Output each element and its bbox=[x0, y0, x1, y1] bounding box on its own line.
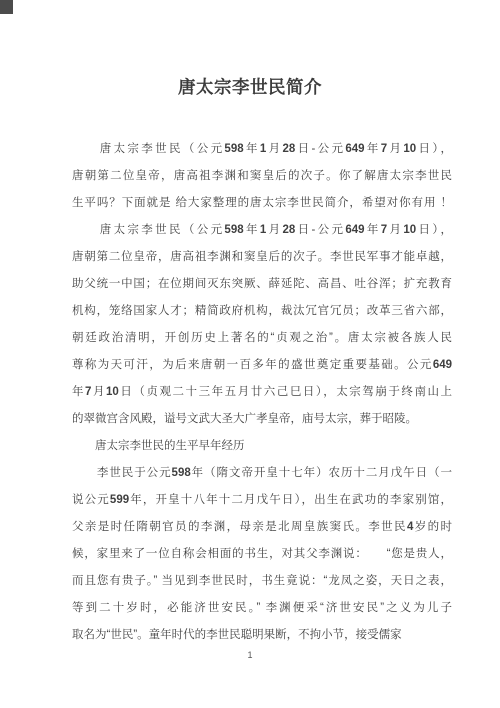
document-line: 尊称为天可汗，为后来唐朝一百多年的盛世奠定重要基础。公元649 bbox=[72, 352, 452, 379]
document-line: 助父统一中国；在位期间灭东突厥、薛延陀、高昌、吐谷浑；扩充教育 bbox=[72, 271, 452, 298]
document-line: 父亲是时任隋朝官员的李渊，母亲是北周皇族窦氏。李世民4岁的时 bbox=[72, 514, 452, 541]
document-line: 唐太宗李世民（公元598年1月28日-公元649年7月10日）， bbox=[72, 136, 452, 163]
document-line: 唐朝第二位皇帝，唐高祖李渊和窦皇后的次子。李世民军事才能卓越， bbox=[72, 244, 452, 271]
document-line: 年7月10日（贞观二十三年五月廿六己巳日），太宗驾崩于终南山上 bbox=[72, 379, 452, 406]
page-number: 1 bbox=[0, 649, 500, 661]
document-line: 李世民于公元598年（隋文帝开皇十七年）农历十二月戊午日（一 bbox=[72, 460, 452, 487]
document-line: 等到二十岁时，必能济世安民。” 李渊便采“济世安民”之义为儿子 bbox=[72, 595, 452, 622]
document-body: 唐太宗李世民（公元598年1月28日-公元649年7月10日），唐朝第二位皇帝，… bbox=[72, 136, 452, 649]
document-line: 候，家里来了一位自称会相面的书生，对其父李渊说： “您是贵人， bbox=[72, 541, 452, 568]
document-line: 唐太宗李世民的生平早年经历 bbox=[72, 433, 452, 460]
document-line: 而且您有贵子。” 当见到李世民时，书生竟说：“龙凤之姿，天日之表， bbox=[72, 568, 452, 595]
document-line: 朝廷政治清明，开创历史上著名的“贞观之治”。唐太宗被各族人民 bbox=[72, 325, 452, 352]
document-page: { "colors": { "background": "#ffffff", "… bbox=[0, 0, 500, 708]
document-line: 机构，笼络国家人才；精简政府机构，裁汰冗官冗员；改革三省六部， bbox=[72, 298, 452, 325]
document-line: 取名为“世民”。童年时代的李世民聪明果断，不拘小节，接受儒家 bbox=[72, 622, 452, 649]
document-line: 的翠微宫含风殿，谥号文武大圣大广孝皇帝，庙号太宗，葬于昭陵。 bbox=[72, 406, 452, 433]
document-line: 说公元599年，开皇十八年十二月戊午日），出生在武功的李家别馆， bbox=[72, 487, 452, 514]
document-line: 生平吗？下面就是 给大家整理的唐太宗李世民简介，希望对你有用 ！ bbox=[72, 190, 452, 217]
page-title: 唐太宗李世民简介 bbox=[0, 74, 500, 100]
document-line: 唐太宗李世民（公元598年1月28日-公元649年7月10日）， bbox=[72, 217, 452, 244]
document-line: 唐朝第二位皇帝，唐高祖李渊和窦皇后的次子。你了解唐太宗李世民 bbox=[72, 163, 452, 190]
corner-mark bbox=[0, 0, 13, 14]
